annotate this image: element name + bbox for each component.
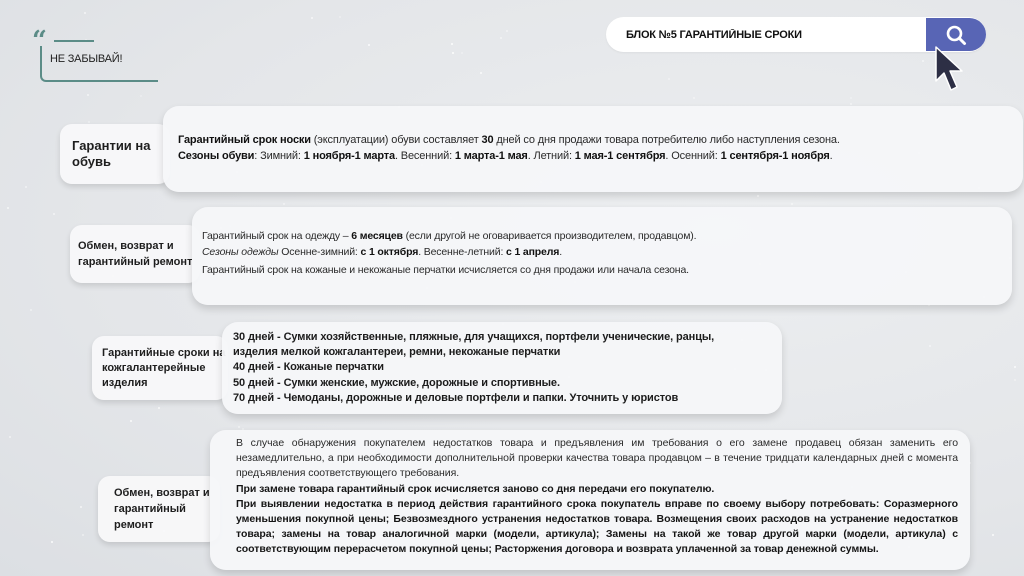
search-bar [606,17,986,52]
paragraph: При выявлении недостатка в период действ… [236,497,958,558]
paragraph: При замене товара гарантийный срок исчис… [236,482,958,497]
rich-line: Гарантийный срок носки (эксплуатации) об… [178,132,1023,148]
section-card-clothing: Гарантийный срок на одежду – 6 месяцев (… [192,207,1012,305]
warranty-line: 50 дней - Сумки женские, мужские, дорожн… [233,376,782,391]
rich-line: Гарантийный срок на одежду – 6 месяцев (… [202,228,1012,244]
warranty-line: 30 дней - Сумки хозяйственные, пляжные, … [233,330,782,345]
search-input[interactable] [626,17,926,52]
note-divider [54,40,94,42]
note-label: НЕ ЗАБЫВАЙ! [50,53,122,65]
reminder-note: “ НЕ ЗАБЫВАЙ! [30,34,160,82]
warranty-line: 70 дней - Чемоданы, дорожные и деловые п… [233,391,782,406]
section-tab-label: Гарантии на обувь [72,138,170,170]
rich-line: Сезоны одежды Осенне-зимний: с 1 октября… [202,244,1012,260]
section-card-footwear: Гарантийный срок носки (эксплуатации) об… [163,106,1023,192]
section-tab-label: Обмен, возврат и гарантийный ремонт [78,238,200,270]
section-card-exchange-return: В случае обнаружения покупателем недоста… [210,430,970,570]
warranty-line: изделия мелкой кожгалантереи, ремни, нек… [233,345,782,360]
rich-line: Сезоны обуви: Зимний: 1 ноября-1 марта. … [178,148,1023,164]
section-tab-footwear: Гарантии на обувь [60,124,170,184]
warranty-line: 40 дней - Кожаные перчатки [233,360,782,375]
rich-line: Гарантийный срок на кожаные и некожаные … [202,262,1012,278]
mouse-cursor-icon [933,45,965,95]
section-tab-exchange-return: Обмен, возврат и гарантийный ремонт [98,476,220,542]
section-tab-label: Обмен, возврат и гарантийный ремонт [114,485,220,533]
section-tab-label: Гарантийные сроки на кожгалантерейные из… [102,346,228,391]
paragraph: В случае обнаружения покупателем недоста… [236,436,958,482]
section-tab-clothing: Обмен, возврат и гарантийный ремонт [70,225,200,283]
section-card-leather-goods: 30 дней - Сумки хозяйственные, пляжные, … [222,322,782,414]
search-icon [945,24,967,46]
section-tab-leather-goods: Гарантийные сроки на кожгалантерейные из… [92,336,228,400]
